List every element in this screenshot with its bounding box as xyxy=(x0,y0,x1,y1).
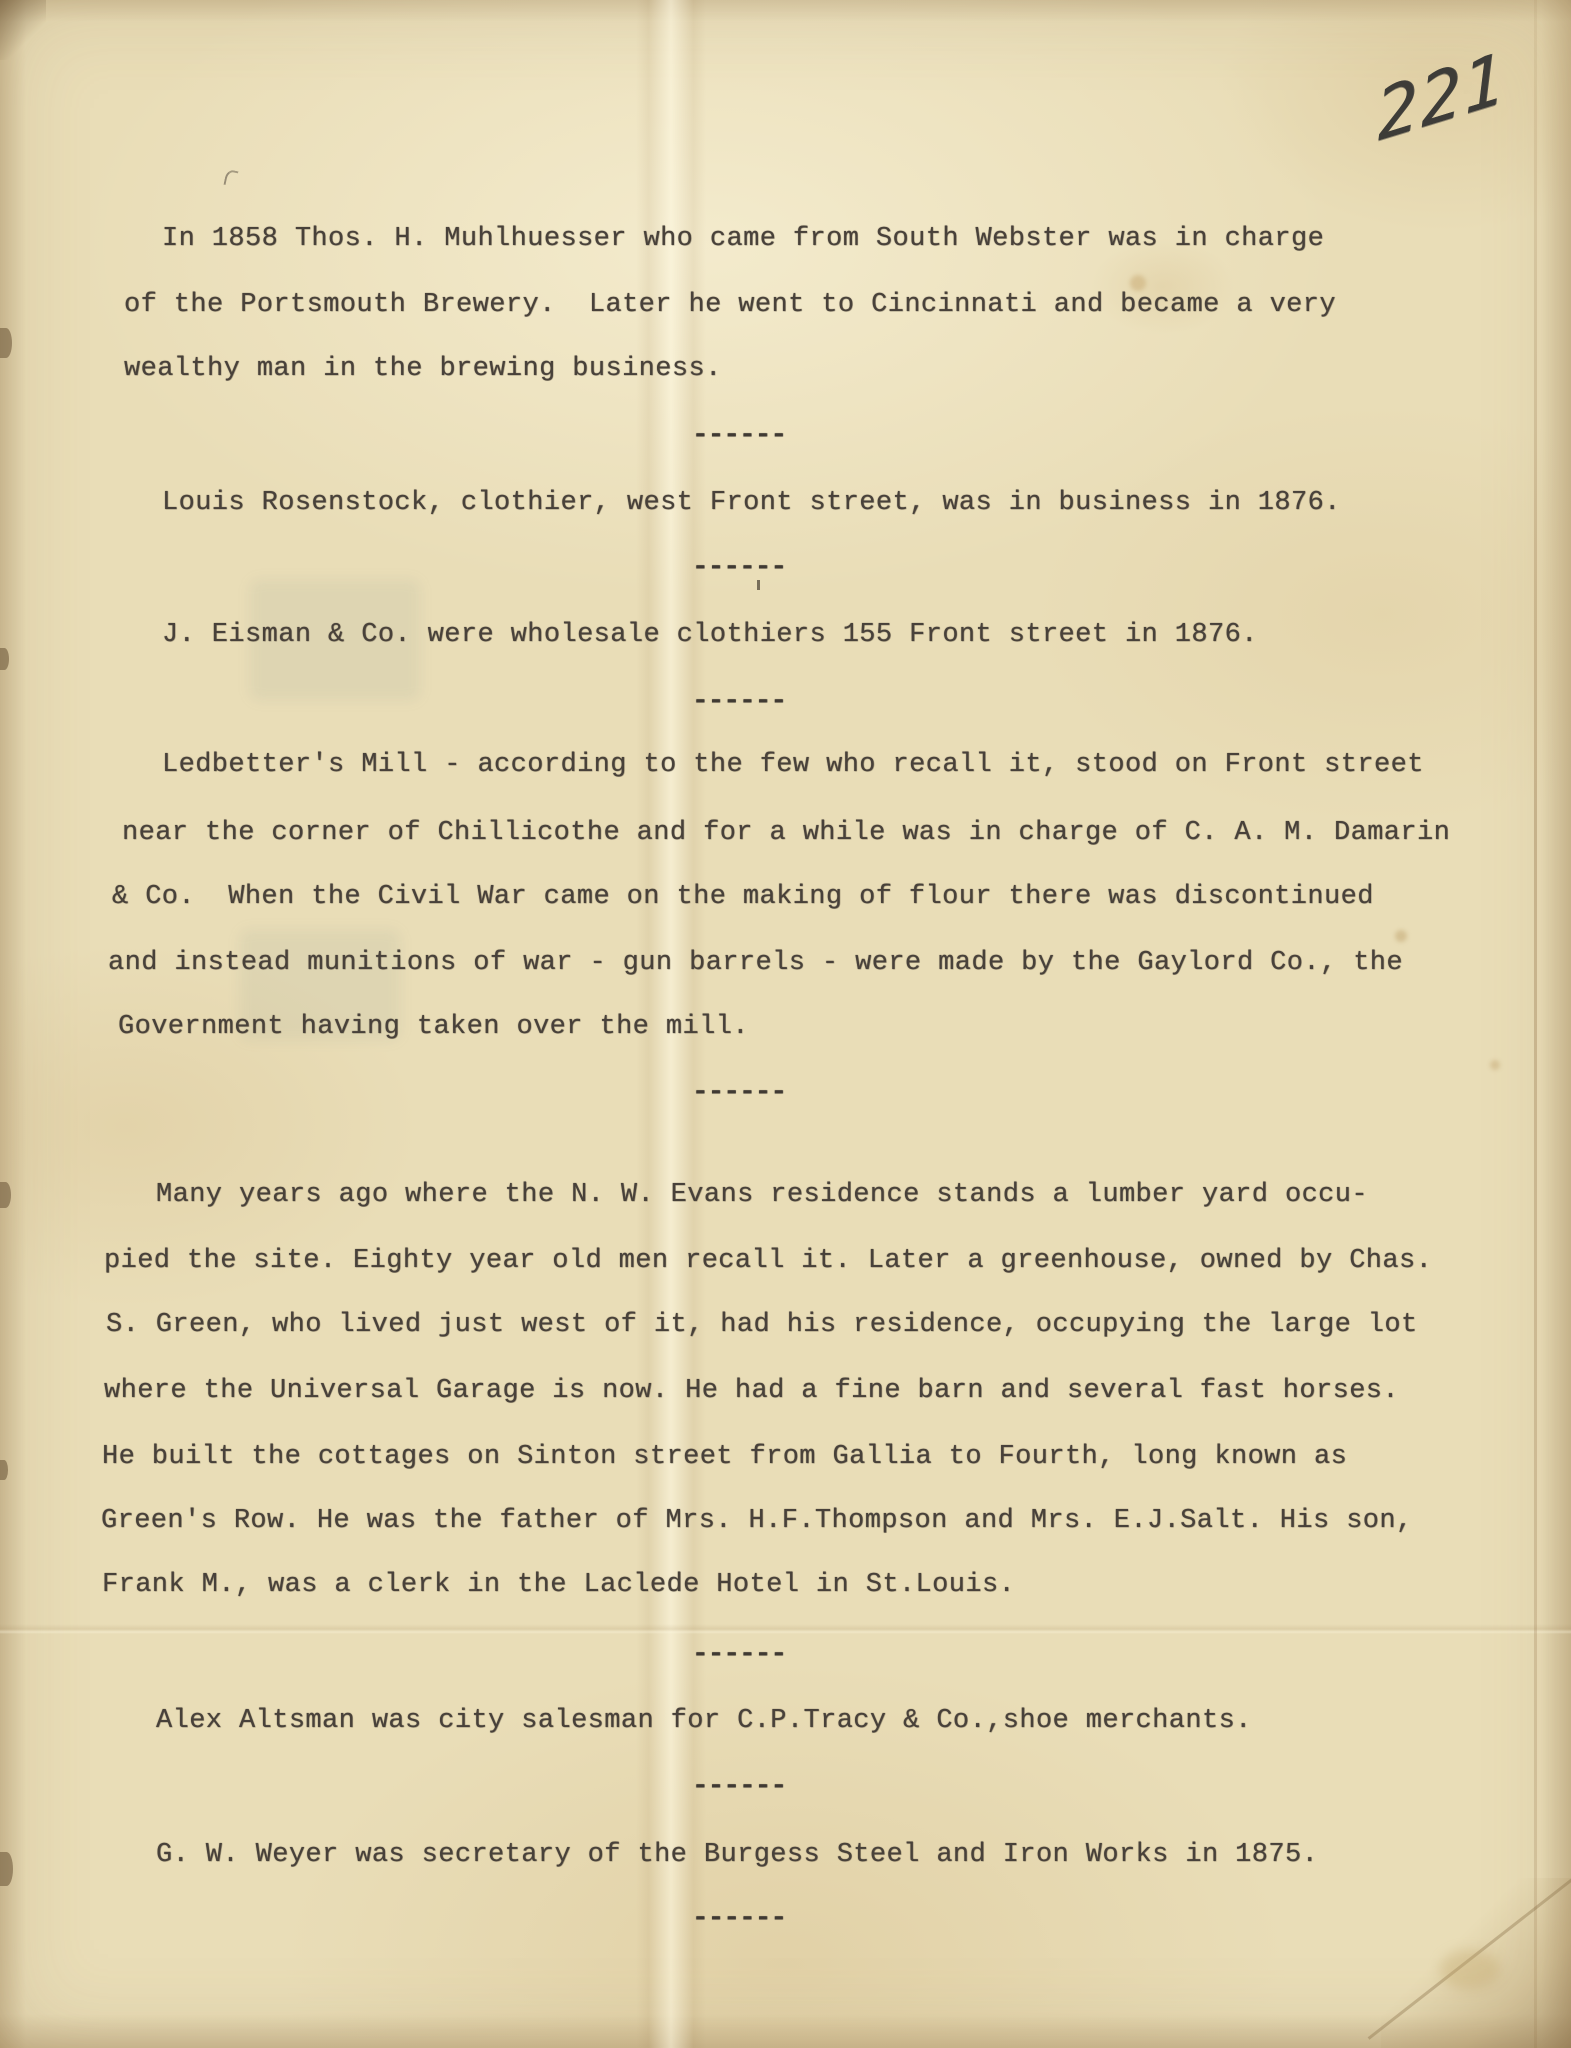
typewritten-line: J. Eisman & Co. were wholesale clothiers… xyxy=(162,618,1258,652)
paper-stain xyxy=(1490,1060,1500,1070)
typewritten-line: and instead munitions of war - gun barre… xyxy=(108,946,1403,980)
scanned-page: 221 In 1858 Thos. H. Muhlhuesser who cam… xyxy=(0,0,1571,2048)
section-separator: ------ xyxy=(692,419,786,453)
typewritten-line: Green's Row. He was the father of Mrs. H… xyxy=(101,1504,1413,1538)
typewritten-line: Ledbetter's Mill - according to the few … xyxy=(162,748,1424,782)
paper-tear-mark xyxy=(0,1460,8,1480)
paper-tear-mark xyxy=(0,648,9,670)
section-separator: ------ xyxy=(692,551,786,585)
typewritten-line: Many years ago where the N. W. Evans res… xyxy=(156,1178,1368,1212)
section-separator: ------ xyxy=(692,1076,786,1110)
paper-crease-horizontal xyxy=(0,1624,1571,1634)
section-separator: ------ xyxy=(692,685,786,719)
paper-tear-mark xyxy=(0,1182,11,1208)
typewritten-line: near the corner of Chillicothe and for a… xyxy=(122,816,1450,850)
paper-stain xyxy=(1395,930,1407,942)
typewritten-line: Government having taken over the mill. xyxy=(118,1010,749,1044)
typewritten-line: G. W. Weyer was secretary of the Burgess… xyxy=(156,1838,1318,1872)
paper-edge-line xyxy=(1534,0,1537,2048)
section-separator: ------ xyxy=(692,1638,786,1672)
handwritten-page-number: 221 xyxy=(1375,37,1509,158)
typewritten-line: Louis Rosenstock, clothier, west Front s… xyxy=(162,486,1341,520)
typewritten-line: & Co. When the Civil War came on the mak… xyxy=(112,880,1374,914)
page-fold-corner xyxy=(1381,1878,1571,2048)
typewritten-line: of the Portsmouth Brewery. Later he went… xyxy=(124,288,1336,322)
typewritten-line: In 1858 Thos. H. Muhlhuesser who came fr… xyxy=(162,222,1324,256)
page-fold-crease xyxy=(1368,1877,1571,2039)
typewritten-line: where the Universal Garage is now. He ha… xyxy=(104,1374,1399,1408)
typewritten-line: Frank M., was a clerk in the Laclede Hot… xyxy=(102,1568,1015,1602)
paper-corner-shadow xyxy=(0,0,46,60)
paper-stain xyxy=(1440,1950,1500,1990)
typewritten-line: He built the cottages on Sinton street f… xyxy=(102,1440,1347,1474)
paper-tear-mark xyxy=(0,328,12,358)
section-separator: ------ xyxy=(692,1902,786,1936)
paper-tear-mark xyxy=(0,1852,13,1886)
typewritten-line: pied the site. Eighty year old men recal… xyxy=(104,1244,1432,1278)
stray-pencil-mark xyxy=(223,169,238,187)
typewritten-line: S. Green, who lived just west of it, had… xyxy=(106,1308,1418,1342)
section-separator: ------ xyxy=(692,1770,786,1804)
typewritten-line: Alex Altsman was city salesman for C.P.T… xyxy=(156,1704,1252,1738)
typewritten-line: wealthy man in the brewing business. xyxy=(124,352,722,386)
